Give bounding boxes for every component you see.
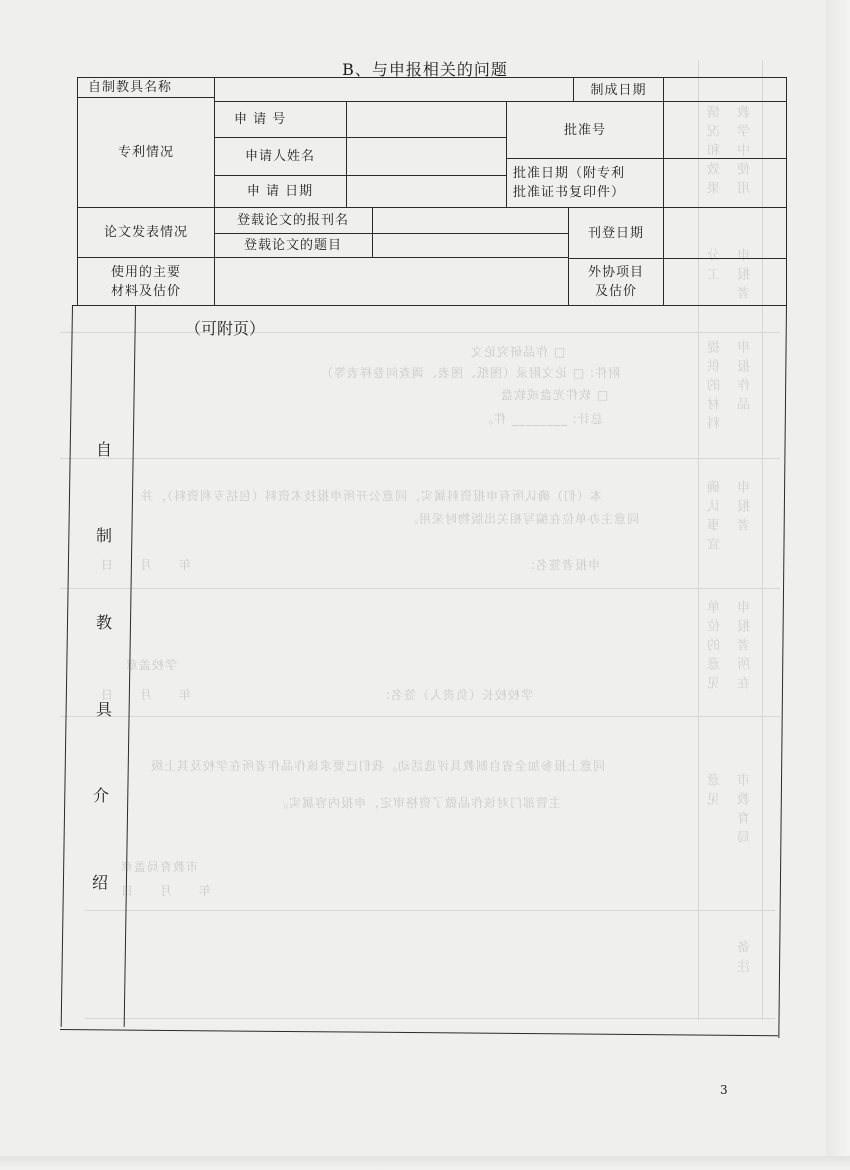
approval-date-label: 批准日期（附专利 批准证书复印件） (507, 160, 663, 206)
intro-vertical-char: 具 (94, 697, 114, 720)
page-number: 3 (720, 1083, 728, 1097)
publish-date-field[interactable] (664, 208, 786, 258)
paper-bottom-edge (0, 1156, 850, 1170)
intro-vertical-char: 介 (91, 783, 111, 806)
outsourced-label: 外协项目 及估价 (569, 259, 663, 305)
outsourced-field[interactable] (664, 259, 786, 305)
approval-date-label-line1: 批准日期（附专利 (513, 164, 663, 183)
intro-vertical-char: 绍 (90, 870, 110, 893)
intro-vertical-char: 教 (94, 610, 114, 633)
patent-label: 专利情况 (78, 98, 214, 207)
approval-no-field[interactable] (664, 102, 786, 158)
table-border (61, 305, 74, 1027)
approval-date-label-line2: 批准证书复印件） (513, 183, 663, 202)
materials-label-line1: 使用的主要 (111, 263, 181, 282)
intro-vertical-char: 自 (94, 437, 114, 460)
materials-label-line2: 材料及估价 (111, 282, 181, 301)
applicant-name-field[interactable] (347, 138, 505, 175)
application-date-label: 申 请 日期 (214, 176, 346, 207)
journal-name-field[interactable] (373, 208, 568, 233)
tool-name-field[interactable] (214, 78, 573, 100)
outsourced-label-line2: 及估价 (595, 282, 637, 301)
journal-name-label: 登载论文的报刊名 (214, 208, 372, 233)
application-no-label: 申 请 号 (214, 102, 346, 137)
table-border (786, 77, 787, 305)
paper-edge (826, 0, 850, 1170)
publish-date-label: 刊登日期 (569, 208, 663, 258)
applicant-name-label: 申请人姓名 (214, 138, 346, 175)
table-border (60, 1029, 778, 1037)
approval-no-label: 批准号 (507, 102, 663, 158)
tool-name-label: 自制教具名称 (80, 78, 218, 97)
made-date-field[interactable] (663, 78, 786, 100)
intro-field[interactable] (138, 306, 784, 1026)
materials-label: 使用的主要 材料及估价 (78, 258, 214, 305)
paper-label: 论文发表情况 (78, 208, 214, 257)
materials-field[interactable] (215, 258, 568, 305)
made-date-label: 制成日期 (574, 80, 663, 101)
application-date-field[interactable] (347, 176, 505, 207)
paper-title-label: 登载论文的题目 (214, 234, 372, 257)
intro-vertical-char: 制 (94, 523, 114, 546)
outsourced-label-line1: 外协项目 (588, 263, 644, 282)
paper-title-field[interactable] (373, 234, 568, 257)
approval-date-field[interactable] (664, 160, 786, 206)
application-no-field[interactable] (347, 102, 505, 137)
